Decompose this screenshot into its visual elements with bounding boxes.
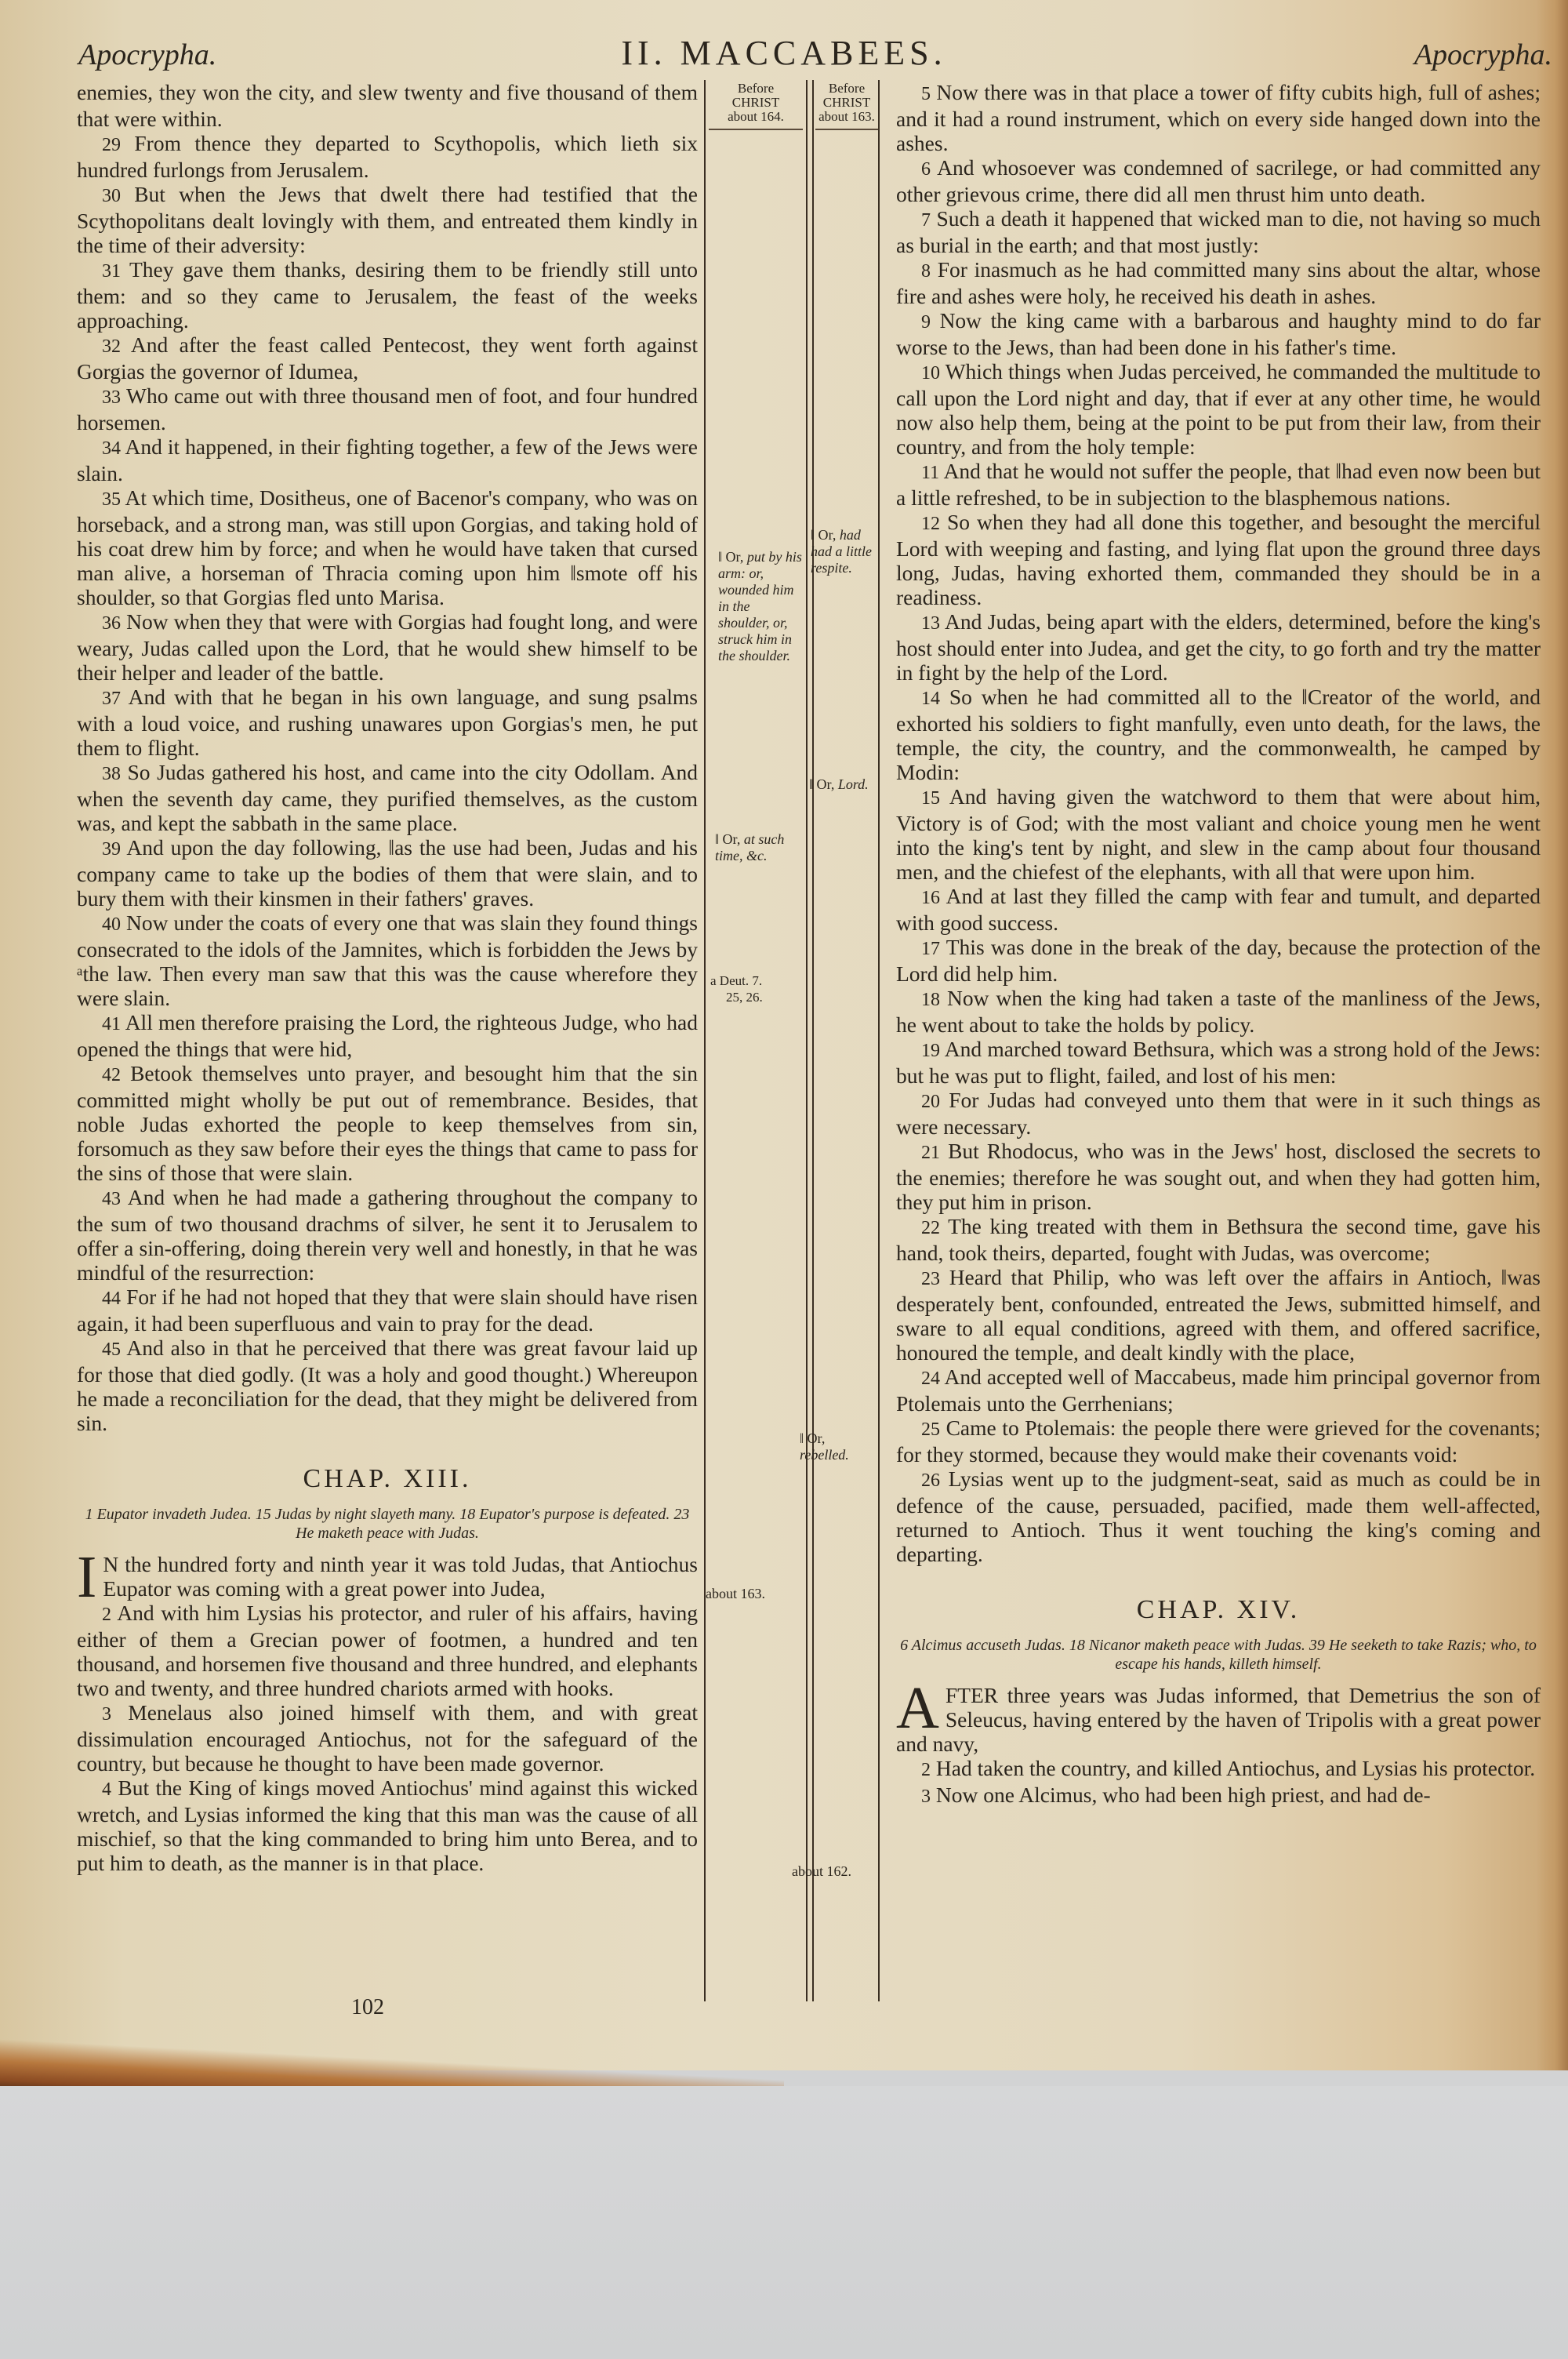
verse-text: And that he would not suffer the people,… — [896, 459, 1541, 510]
verse-text: And at last they filled the camp with fe… — [896, 884, 1541, 935]
verse-number: 31 — [102, 261, 121, 282]
verse-number: 3 — [102, 1704, 111, 1725]
note-marker: ‖ Or, — [718, 549, 743, 565]
verse-number: 32 — [102, 336, 121, 357]
verse: 3 Now one Alcimus, who had been high pri… — [896, 1783, 1541, 1809]
drop-cap: I — [77, 1554, 96, 1601]
verse: 26 Lysias went up to the judgment-seat, … — [896, 1467, 1541, 1566]
verse-number: 17 — [921, 939, 940, 959]
note-marker: a Deut. 7. — [710, 972, 803, 989]
verse-number: 11 — [921, 463, 939, 483]
verse: 44 For if he had not hoped that they tha… — [77, 1285, 698, 1336]
verse-text: From thence they departed to Scythopolis… — [77, 131, 698, 182]
verse-number: 12 — [921, 514, 940, 534]
verse-number: 30 — [102, 186, 121, 206]
verse-number: 38 — [102, 764, 121, 784]
verse-text: For Judas had conveyed unto them that we… — [896, 1088, 1541, 1139]
verse-text: Now under the coats of every one that wa… — [77, 911, 698, 1010]
verse: 35 At which time, Dositheus, one of Bace… — [77, 485, 698, 609]
verse: 7 Such a death it happened that wicked m… — [896, 206, 1541, 257]
verse: 42 Betook themselves unto prayer, and be… — [77, 1061, 698, 1185]
column-rule — [812, 80, 814, 2001]
margin-header-line: CHRIST — [815, 96, 878, 110]
verse: 17 This was done in the break of the day… — [896, 935, 1541, 986]
verse: 40 Now under the coats of every one that… — [77, 911, 698, 1010]
verse-number: 35 — [102, 489, 121, 510]
margin-header-line: CHRIST — [709, 96, 803, 110]
margin-header-line: Before — [709, 82, 803, 96]
verse-text: Such a death it happened that wicked man… — [896, 206, 1541, 257]
verse: 18 Now when the king had taken a taste o… — [896, 986, 1541, 1037]
verse-number: 36 — [102, 613, 121, 634]
note-text: put by his arm: or, wounded him in the s… — [718, 549, 802, 663]
running-head-right: Apocrypha. — [1414, 38, 1552, 72]
verse: 23 Heard that Philip, who was left over … — [896, 1265, 1541, 1365]
verse-text: And also in that he perceived that there… — [77, 1336, 698, 1435]
margin-note: a Deut. 7. 25, 26. — [710, 972, 803, 1005]
verse-text: Now the king came with a barbarous and h… — [896, 308, 1541, 359]
verse: 12 So when they had all done this togeth… — [896, 510, 1541, 609]
verse-text: And when he had made a gathering through… — [77, 1185, 698, 1285]
note-text: 25, 26. — [710, 989, 803, 1005]
verse-number: 8 — [921, 261, 931, 282]
verse-number: 39 — [102, 839, 121, 860]
verse-number: 2 — [102, 1605, 111, 1625]
verse-text: And with that he began in his own langua… — [77, 685, 698, 760]
verse: 36 Now when they that were with Gorgias … — [77, 609, 698, 685]
chapter-title: CHAP. XIV. — [896, 1598, 1541, 1622]
verse-text: And Judas, being apart with the elders, … — [896, 609, 1541, 685]
margin-note: ‖ Or, put by his arm: or, wounded him in… — [718, 549, 803, 664]
verse: 21 But Rhodocus, who was in the Jews' ho… — [896, 1139, 1541, 1214]
chapter-summary: 1 Eupator invadeth Judea. 15 Judas by ni… — [77, 1505, 698, 1543]
margin-header-line: Before — [815, 82, 878, 96]
verse: 11 And that he would not suffer the peop… — [896, 459, 1541, 510]
verse-text: FTER three years was Judas informed, tha… — [896, 1683, 1541, 1756]
verse-text: But the King of kings moved Antiochus' m… — [77, 1776, 698, 1875]
column-rule — [806, 80, 808, 2001]
verse-text: Which things when Judas perceived, he co… — [896, 359, 1541, 459]
verse-number: 21 — [921, 1143, 940, 1163]
verse: 4 But the King of kings moved Antiochus'… — [77, 1776, 698, 1875]
verse: 19 And marched toward Bethsura, which wa… — [896, 1037, 1541, 1088]
verse-text: For inasmuch as he had committed many si… — [896, 257, 1541, 308]
verse-text: Heard that Philip, who was left over the… — [896, 1265, 1541, 1365]
verse-number: 37 — [102, 689, 121, 709]
verse-text: Had taken the country, and killed Antioc… — [936, 1756, 1535, 1780]
verse-number: 25 — [921, 1419, 940, 1440]
verse-number: 34 — [102, 438, 121, 459]
verse: 2 And with him Lysias his protector, and… — [77, 1601, 698, 1700]
verse: 24 And accepted well of Maccabeus, made … — [896, 1365, 1541, 1416]
note-marker: ‖ Or, — [800, 1430, 825, 1446]
verse: 45 And also in that he perceived that th… — [77, 1336, 698, 1435]
verse-number: 42 — [102, 1065, 121, 1085]
note-text: rebelled. — [800, 1447, 849, 1463]
verse-number: 23 — [921, 1269, 940, 1289]
verse: 3 Menelaus also joined himself with them… — [77, 1700, 698, 1776]
verse-text: And having given the watchword to them t… — [896, 784, 1541, 884]
verse-text: And it happened, in their fighting toget… — [77, 434, 698, 485]
verse-text: And accepted well of Maccabeus, made him… — [896, 1365, 1541, 1416]
verse-number: 9 — [921, 312, 931, 333]
margin-header-line: about 163. — [815, 110, 878, 124]
verse-number: 24 — [921, 1369, 940, 1389]
note-marker: ‖ Or, — [811, 527, 836, 543]
verse-number: 6 — [921, 159, 931, 180]
verse-number: 14 — [921, 689, 940, 709]
column-rule — [704, 80, 706, 2001]
book-title: II. MACCABEES. — [0, 33, 1568, 73]
verse-number: 13 — [921, 613, 940, 634]
right-text-column: 5 Now there was in that place a tower of… — [896, 80, 1541, 1809]
verse-text: And whosoever was condemned of sacrilege… — [896, 155, 1541, 206]
verse-number: 2 — [921, 1760, 931, 1780]
margin-left: Before CHRIST about 164. — [709, 82, 803, 130]
verse: 38 So Judas gathered his host, and came … — [77, 760, 698, 835]
verse: 29 From thence they departed to Scythopo… — [77, 131, 698, 182]
verse: 6 And whosoever was condemned of sacrile… — [896, 155, 1541, 206]
note-marker: ‖ Or, — [809, 776, 834, 792]
verse-text: Lysias went up to the judgment-seat, sai… — [896, 1467, 1541, 1566]
verse-text: So when they had all done this together,… — [896, 510, 1541, 609]
table-surface — [0, 2086, 1568, 2359]
verse-number: 40 — [102, 914, 121, 935]
verse-number: 5 — [921, 84, 931, 104]
verse-text: Betook themselves unto prayer, and besou… — [77, 1061, 698, 1185]
verse: 9 Now the king came with a barbarous and… — [896, 308, 1541, 359]
column-rule — [878, 80, 880, 2001]
verse-number: 20 — [921, 1092, 940, 1112]
verse: 37 And with that he began in his own lan… — [77, 685, 698, 760]
verse: 14 So when he had committed all to the ‖… — [896, 685, 1541, 784]
verse: 25 Came to Ptolemais: the people there w… — [896, 1416, 1541, 1467]
margin-note: ‖ Or, rebelled. — [800, 1430, 875, 1463]
verse: 20 For Judas had conveyed unto them that… — [896, 1088, 1541, 1139]
verse: 33 Who came out with three thousand men … — [77, 383, 698, 434]
verse-number: 41 — [102, 1014, 121, 1034]
verse-text: But Rhodocus, who was in the Jews' host,… — [896, 1139, 1541, 1214]
verse-text: Now one Alcimus, who had been high pries… — [936, 1783, 1431, 1807]
page-number: 102 — [351, 1995, 384, 2020]
verse: 43 And when he had made a gathering thro… — [77, 1185, 698, 1285]
verse-text: They gave them thanks, desiring them to … — [77, 257, 698, 333]
verse-number: 7 — [921, 210, 931, 231]
margin-date: about 162. — [792, 1863, 851, 1880]
verse: enemies, they won the city, and slew twe… — [77, 80, 698, 131]
verse: 5 Now there was in that place a tower of… — [896, 80, 1541, 155]
verse-text: The king treated with them in Bethsura t… — [896, 1214, 1541, 1265]
verse-text: Now when they that were with Gorgias had… — [77, 609, 698, 685]
verse: 39 And upon the day following, ‖as the u… — [77, 835, 698, 911]
verse-text: Now when the king had taken a taste of t… — [896, 986, 1541, 1037]
verse: 15 And having given the watchword to the… — [896, 784, 1541, 884]
chapter-opening: IN the hundred forty and ninth year it w… — [77, 1552, 698, 1601]
verse-number: 16 — [921, 888, 940, 908]
margin-header-line: about 164. — [709, 110, 803, 124]
verse-number: 19 — [921, 1041, 940, 1061]
verse-number: 3 — [921, 1787, 931, 1807]
verse-text: Who came out with three thousand men of … — [77, 383, 698, 434]
verse: 32 And after the feast called Pentecost,… — [77, 333, 698, 383]
chapter-title: CHAP. XIII. — [77, 1467, 698, 1491]
left-text-column: enemies, they won the city, and slew twe… — [77, 80, 698, 1875]
verse: 30 But when the Jews that dwelt there ha… — [77, 182, 698, 257]
verse-number: 33 — [102, 387, 121, 408]
margin-note: ‖ Or, at such time, &c. — [715, 831, 800, 864]
verse-text: Menelaus also joined himself with them, … — [77, 1700, 698, 1776]
verse: 10 Which things when Judas perceived, he… — [896, 359, 1541, 459]
verse-text: enemies, they won the city, and slew twe… — [77, 80, 698, 131]
verse-text: So when he had committed all to the ‖Cre… — [896, 685, 1541, 784]
verse-text: Came to Ptolemais: the people there were… — [896, 1416, 1541, 1467]
chapter-opening: AFTER three years was Judas informed, th… — [896, 1683, 1541, 1756]
verse-text: But when the Jews that dwelt there had t… — [77, 182, 698, 257]
verse-text: And upon the day following, ‖as the use … — [77, 835, 698, 911]
verse-number: 26 — [921, 1470, 940, 1491]
verse-number: 22 — [921, 1218, 940, 1238]
verse-number: 4 — [102, 1779, 111, 1800]
verse: 31 They gave them thanks, desiring them … — [77, 257, 698, 333]
verse-text: All men therefore praising the Lord, the… — [77, 1010, 698, 1061]
verse-number: 45 — [102, 1339, 121, 1360]
verse: 8 For inasmuch as he had committed many … — [896, 257, 1541, 308]
verse-text: For if he had not hoped that they that w… — [77, 1285, 698, 1336]
verse-text: N the hundred forty and ninth year it wa… — [103, 1552, 698, 1601]
margin-header-right: Before CHRIST about 163. — [815, 82, 878, 130]
verse-text: And after the feast called Pentecost, th… — [77, 333, 698, 383]
verse: 13 And Judas, being apart with the elder… — [896, 609, 1541, 685]
page-edge — [1537, 0, 1568, 2070]
margin-note: ‖ Or, Lord. — [809, 776, 875, 793]
drop-cap: A — [896, 1685, 939, 1732]
margin-right: Before CHRIST about 163. — [815, 82, 878, 130]
verse: 41 All men therefore praising the Lord, … — [77, 1010, 698, 1061]
note-marker: ‖ Or, — [715, 831, 740, 847]
margin-header-left: Before CHRIST about 164. — [709, 82, 803, 130]
verse-number: 18 — [921, 990, 940, 1010]
verse: 22 The king treated with them in Bethsur… — [896, 1214, 1541, 1265]
verse-text: This was done in the break of the day, b… — [896, 935, 1541, 986]
verse: 34 And it happened, in their fighting to… — [77, 434, 698, 485]
verse-number: 29 — [102, 135, 121, 155]
verse: 16 And at last they filled the camp with… — [896, 884, 1541, 935]
margin-note: ‖ Or, had had a little respite. — [811, 527, 877, 576]
running-head: Apocrypha. II. MACCABEES. Apocrypha. — [0, 31, 1568, 78]
verse-text: At which time, Dositheus, one of Bacenor… — [77, 485, 698, 609]
verse-text: And with him Lysias his protector, and r… — [77, 1601, 698, 1700]
verse-text: And marched toward Bethsura, which was a… — [896, 1037, 1541, 1088]
verse-number: 43 — [102, 1189, 121, 1209]
verse-number: 10 — [921, 363, 940, 383]
verse: 2 Had taken the country, and killed Anti… — [896, 1756, 1541, 1783]
verse-text: So Judas gathered his host, and came int… — [77, 760, 698, 835]
verse-number: 44 — [102, 1289, 121, 1309]
verse-number: 15 — [921, 788, 940, 809]
verse-text: Now there was in that place a tower of f… — [896, 80, 1541, 155]
margin-date: about 163. — [706, 1586, 765, 1602]
note-text: Lord. — [838, 776, 869, 792]
chapter-summary: 6 Alcimus accuseth Judas. 18 Nicanor mak… — [896, 1636, 1541, 1674]
